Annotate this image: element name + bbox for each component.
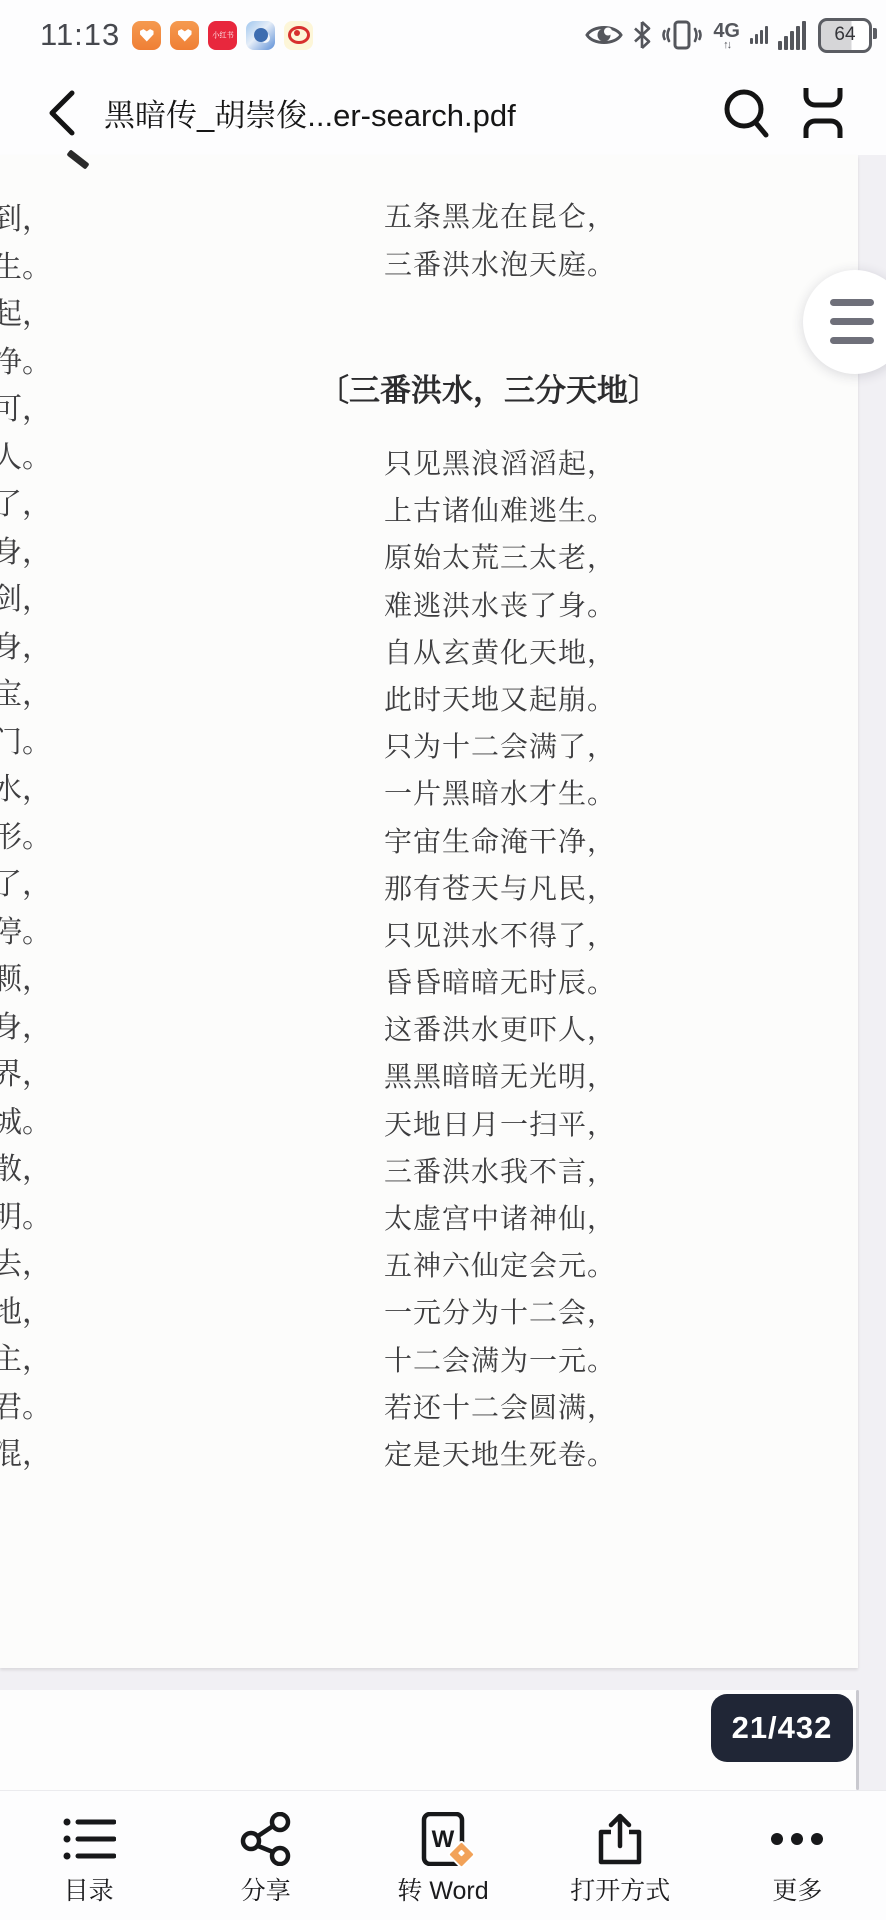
left-column-fragment: 去， — [0, 1241, 102, 1289]
poem-line: 那有苍天与凡民， — [384, 866, 616, 913]
share-icon — [240, 1812, 292, 1866]
pdf-page: 到，生。起，净。可，人。了，身，剑，身，宝，门。水，形。了，停。颗，身，界，城。… — [0, 155, 858, 1668]
poem-line: 只见黑浪滔滔起， — [384, 441, 616, 488]
poem-line: 宇宙生命淹干净， — [384, 819, 616, 866]
poem-line: 原始太荒三太老， — [384, 535, 616, 582]
back-button[interactable] — [44, 89, 78, 137]
poem-line: 难逃洪水丧了身。 — [384, 583, 616, 630]
poem-line: 上古诸仙难逃生。 — [384, 488, 616, 535]
xiaohongshu-icon: 小红书 — [208, 21, 237, 50]
clock: 11:13 — [40, 17, 120, 53]
status-indicators: 4G ↑↓ 64 — [585, 18, 872, 53]
poem-line: 太虚宫中诸神仙， — [384, 1196, 616, 1243]
eye-comfort-icon — [585, 22, 623, 48]
page-indicator-text: 21/432 — [732, 1710, 833, 1746]
vibrate-icon — [661, 20, 703, 50]
poem-line: 三番洪水泡天庭。 — [384, 242, 616, 290]
left-column-fragment: 到， — [0, 196, 102, 244]
poem-line: 黑黑暗暗无光明， — [384, 1054, 616, 1101]
left-column-fragment: 人。 — [0, 434, 102, 482]
status-bar: 11:13 小红书 4G ↑↓ — [0, 0, 886, 70]
left-column-fragment: 主， — [0, 1336, 102, 1384]
open-with-icon — [595, 1812, 645, 1866]
left-column-fragment: 地， — [0, 1289, 102, 1337]
toolbar-item-more[interactable]: 更多 — [709, 1791, 886, 1920]
left-column-fragment: 宝， — [0, 671, 102, 719]
poem-line: 自从玄黄化天地， — [384, 630, 616, 677]
toolbar-label: 分享 — [241, 1871, 291, 1907]
left-column-fragment: 颗， — [0, 956, 102, 1004]
poem-line: 十二会满为一元。 — [384, 1338, 616, 1385]
more-dots-icon — [769, 1831, 825, 1847]
section-title: 〔三番洪水，三分天地〕 — [318, 367, 659, 414]
left-column-fragment: 水， — [0, 766, 102, 814]
left-column-fragment: 净。 — [0, 339, 102, 387]
document-title: 黑暗传_胡崇俊...er-search.pdf — [104, 90, 516, 135]
poem-line: 这番洪水更吓人， — [384, 1007, 616, 1054]
poem-line: 五神六仙定会元。 — [384, 1243, 616, 1290]
poem-intro-lines: 五条黑龙在昆仑，三番洪水泡天庭。 — [384, 194, 616, 289]
poem-body: 只见黑浪滔滔起，上古诸仙难逃生。原始太荒三太老，难逃洪水丧了身。自从玄黄化天地，… — [384, 441, 616, 1479]
left-column-fragment: 身， — [0, 1004, 102, 1052]
toolbar-label: 转 Word — [397, 1871, 488, 1907]
poem-line: 此时天地又起崩。 — [384, 677, 616, 724]
heart-app-icon — [170, 21, 199, 50]
pdf-viewer[interactable]: 到，生。起，净。可，人。了，身，剑，身，宝，门。水，形。了，停。颗，身，界，城。… — [0, 155, 886, 1790]
left-column-fragment: 了， — [0, 481, 102, 529]
poem-line: 一片黑暗水才生。 — [384, 771, 616, 818]
search-icon[interactable] — [720, 86, 772, 140]
poem-line: 只为十二会满了， — [384, 724, 616, 771]
poem-line: 只见洪水不得了， — [384, 913, 616, 960]
scrollbar[interactable] — [856, 1690, 859, 1790]
page-indicator: 21/432 — [711, 1694, 853, 1762]
bluetooth-icon — [633, 21, 651, 49]
left-column-fragment: 君。 — [0, 1384, 102, 1432]
left-column-fragment: 身， — [0, 529, 102, 577]
list-icon — [62, 1814, 116, 1864]
poem-line: 三番洪水我不言， — [384, 1149, 616, 1196]
phone-screen: 11:13 小红书 4G ↑↓ — [0, 0, 886, 1920]
signal-bars-sim1-icon — [750, 26, 768, 44]
notification-app-icons: 小红书 — [132, 21, 313, 50]
left-column-fragment: 起， — [0, 291, 102, 339]
left-column-fragment: 明。 — [0, 1194, 102, 1242]
document-header: 黑暗传_胡崇俊...er-search.pdf — [0, 70, 886, 156]
network-type-indicator: 4G ↑↓ — [713, 21, 740, 51]
left-column-fragment: 混， — [0, 1431, 102, 1479]
hamburger-icon — [830, 299, 874, 306]
poem-line: 昏昏暗暗无时辰。 — [384, 960, 616, 1007]
poem-line: 定是天地生死卷。 — [384, 1432, 616, 1479]
toolbar-item-share[interactable]: 分享 — [177, 1791, 354, 1920]
left-column-fragment: 可， — [0, 386, 102, 434]
bottom-toolbar: 目录 分享 W 转 Word — [0, 1790, 886, 1920]
left-column-fragment: 身， — [0, 624, 102, 672]
battery-indicator: 64 — [818, 18, 872, 53]
poem-line: 天地日月一扫平， — [384, 1102, 616, 1149]
left-column-fragment: 门。 — [0, 719, 102, 767]
clipped-left-column: 到，生。起，净。可，人。了，身，剑，身，宝，门。水，形。了，停。颗，身，界，城。… — [0, 196, 102, 1479]
poem-line: 五条黑龙在昆仑， — [384, 194, 616, 242]
left-column-fragment: 城。 — [0, 1099, 102, 1147]
poem-line: 若还十二会圆满， — [384, 1385, 616, 1432]
left-column-fragment: 剑， — [0, 576, 102, 624]
toolbar-item-catalog[interactable]: 目录 — [0, 1791, 177, 1920]
toolbar-item-convert-word[interactable]: W 转 Word — [354, 1791, 531, 1920]
left-column-fragment: 界， — [0, 1051, 102, 1099]
left-column-fragment: 停。 — [0, 909, 102, 957]
toolbar-label: 打开方式 — [570, 1871, 670, 1907]
poem-line: 一元分为十二会， — [384, 1290, 616, 1337]
anime-app-icon — [246, 21, 275, 50]
toolbar-label: 更多 — [772, 1871, 822, 1907]
toolbar-label: 目录 — [64, 1871, 114, 1907]
signal-bars-sim2-icon — [778, 21, 806, 50]
weibo-icon — [284, 21, 313, 50]
toolbar-item-open-with[interactable]: 打开方式 — [532, 1791, 709, 1920]
left-column-fragment: 散， — [0, 1146, 102, 1194]
reader-mode-icon[interactable] — [800, 86, 846, 140]
left-column-fragment: 了， — [0, 861, 102, 909]
left-column-fragment: 形。 — [0, 814, 102, 862]
heart-app-icon — [132, 21, 161, 50]
left-column-fragment: 生。 — [0, 244, 102, 292]
